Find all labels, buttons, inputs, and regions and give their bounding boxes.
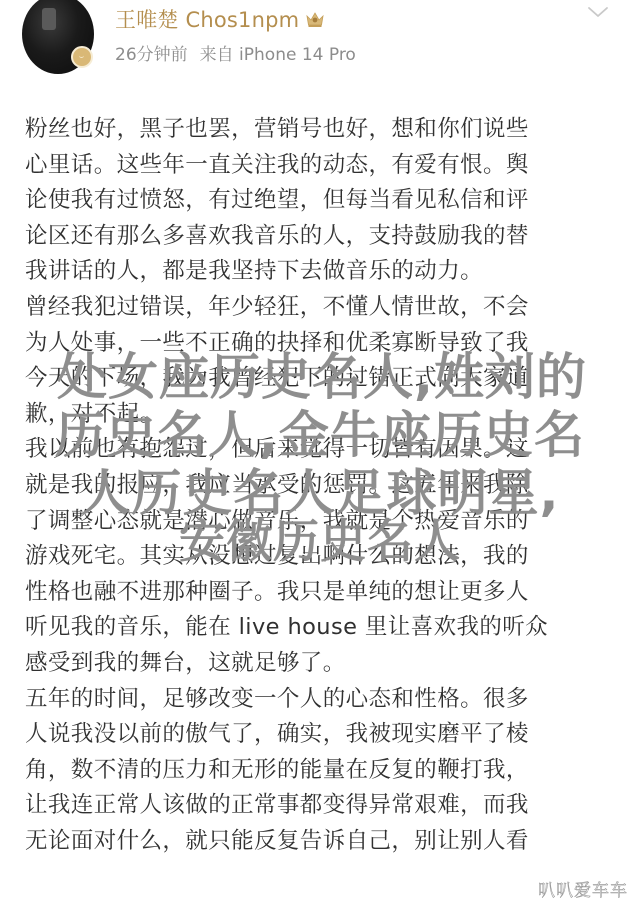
verified-badge-icon	[71, 46, 93, 68]
body-line: 了调整心态就是潜心做音乐，我就是个热爱音乐的	[25, 504, 625, 540]
body-line: 性格也融不进那种圈子。我只是单纯的想让更多人	[25, 575, 625, 611]
post-body: 粉丝也好，黑子也罢，营销号也好，想和你们说些 心里话。这些年一直关注我的动态，有…	[25, 112, 625, 859]
body-line: 游戏死宅。其实从没想过复出啊什么的想法，我的	[25, 539, 625, 575]
body-line: 粉丝也好，黑子也罢，营销号也好，想和你们说些	[25, 112, 625, 148]
crown-icon[interactable]	[305, 10, 325, 28]
body-line: 歉，对不起。	[25, 397, 625, 433]
body-line: 我以前也有抱怨过，但后来觉得一切皆有因果。这	[25, 432, 625, 468]
body-line: 就是我的报应，我应当承受的惩罚。这五年来我除	[25, 468, 625, 504]
post-header: 王唯楚 Chos1npm 26分钟前 来自 iPhone 14 Pro	[0, 0, 640, 90]
author-name[interactable]: 王唯楚 Chos1npm	[115, 4, 299, 34]
body-line: 曾经我犯过错误，年少轻狂，不懂人情世故，不会	[25, 290, 625, 326]
body-line: 心里话。这些年一直关注我的动态，有爱有恨。舆	[25, 148, 625, 184]
post-meta: 26分钟前 来自 iPhone 14 Pro	[115, 40, 356, 65]
body-line: 我讲话的人，都是我坚持下去做音乐的动力。	[25, 254, 625, 290]
source-watermark: 叭叭爱车车	[538, 876, 628, 901]
post-time: 26分钟前	[115, 40, 188, 65]
body-line: 论区还有那么多喜欢我音乐的人，支持鼓励我的替	[25, 219, 625, 255]
body-line: 五年的时间，足够改变一个人的心态和性格。很多	[25, 682, 625, 718]
body-line: 人说我没以前的傲气了，确实，我被现实磨平了棱	[25, 717, 625, 753]
avatar-image	[42, 8, 56, 30]
body-line: 听见我的音乐，能在 live house 里让喜欢我的听众	[25, 610, 625, 646]
body-line: 今天的下场，我为我曾经犯下的过错正式向大家道	[25, 361, 625, 397]
body-line: 无论面对什么，就只能反复告诉自己，别让别人看	[25, 824, 625, 860]
body-line: 感受到我的舞台，这就足够了。	[25, 646, 625, 682]
post-source: 来自 iPhone 14 Pro	[200, 40, 356, 65]
body-line: 为人处事，一些不正确的抉择和优柔寡断导致了我	[25, 326, 625, 362]
body-line: 角，数不清的压力和无形的能量在反复的鞭打我，	[25, 753, 625, 789]
body-line: 论使我有过愤怒，有过绝望，但每当看见私信和评	[25, 183, 625, 219]
body-line: 让我连正常人该做的正常事都变得异常艰难，而我	[25, 788, 625, 824]
author-row: 王唯楚 Chos1npm	[115, 4, 325, 34]
chevron-down-icon[interactable]	[586, 2, 610, 22]
